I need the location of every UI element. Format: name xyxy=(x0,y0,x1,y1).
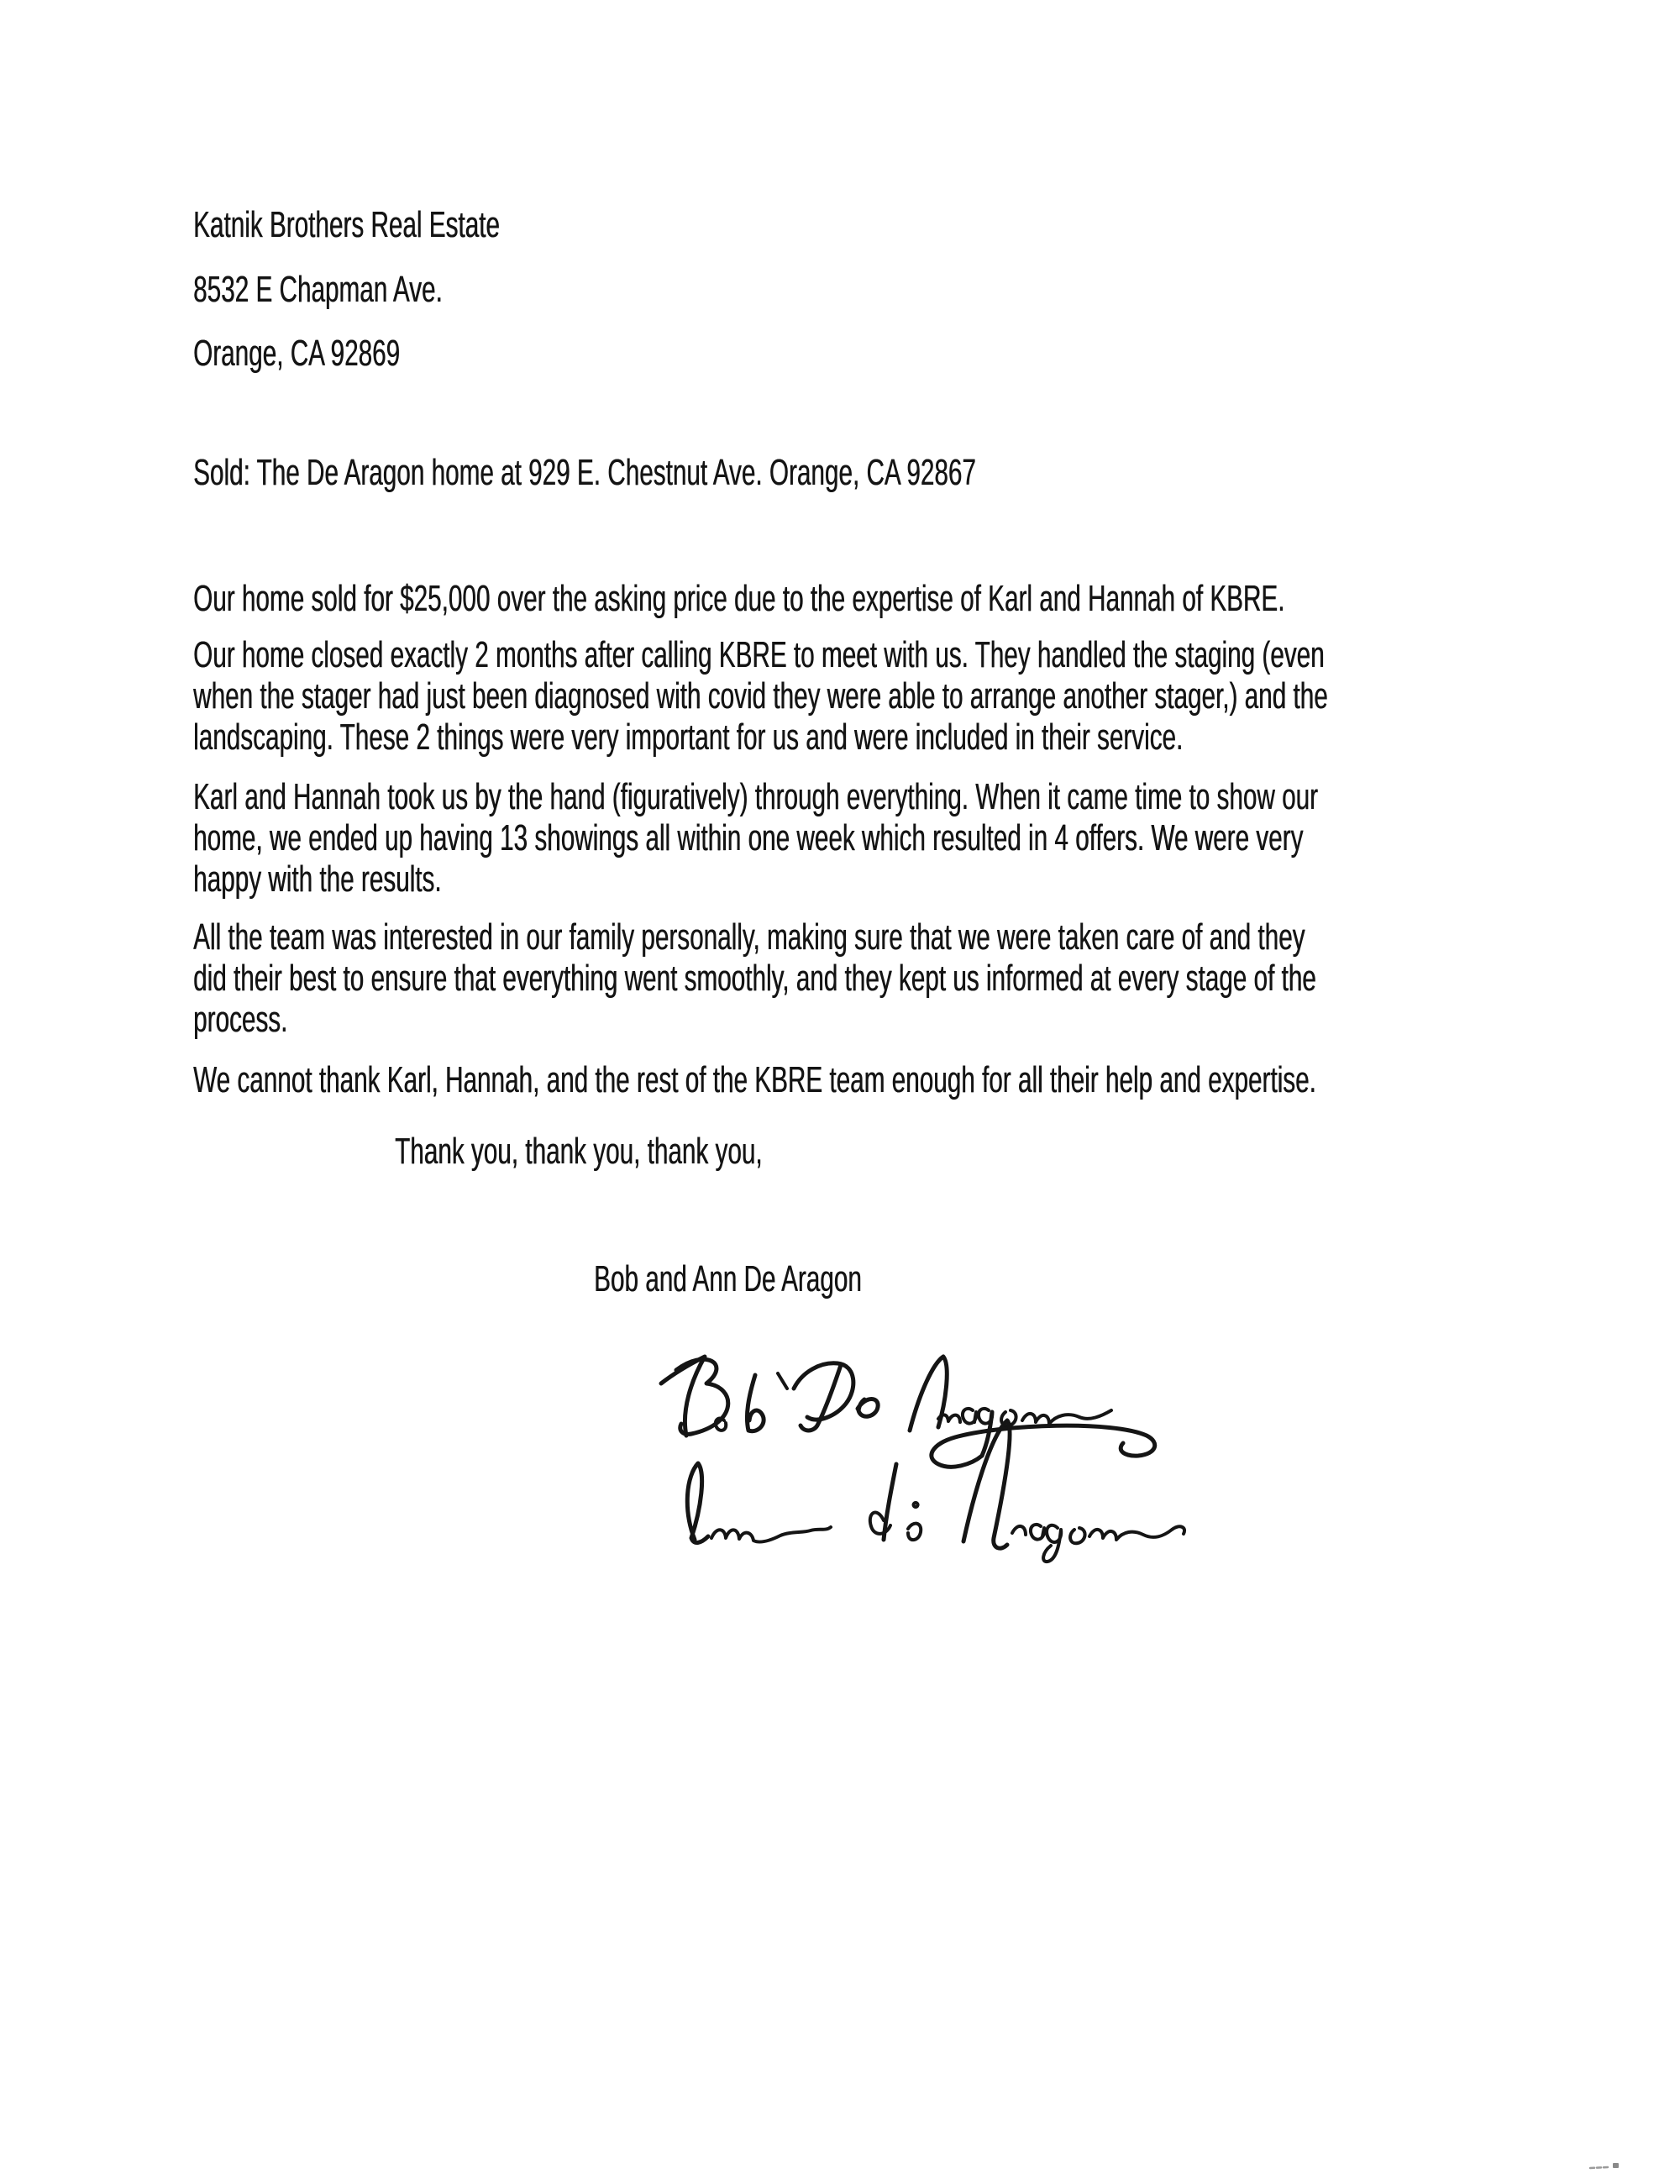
signature-bob-de-aragon xyxy=(661,1357,1155,1467)
subject-line: Sold: The De Aragon home at 929 E. Chest… xyxy=(193,452,976,493)
letter-page: Katnik Brothers Real Estate 8532 E Chapm… xyxy=(0,0,1680,2184)
handwritten-signature xyxy=(643,1331,1201,1575)
recipient-street: 8532 E Chapman Ave. xyxy=(193,269,443,310)
recipient-city: Orange, CA 92869 xyxy=(193,333,400,374)
typed-signature-names: Bob and Ann De Aragon xyxy=(594,1258,862,1299)
recipient-company: Katnik Brothers Real Estate xyxy=(193,204,500,245)
signature-ann-de-aragon xyxy=(687,1420,1184,1562)
closing-line: Thank you, thank you, thank you, xyxy=(395,1131,763,1172)
body-paragraph-2: Our home closed exactly 2 months after c… xyxy=(193,634,1328,758)
scan-artifact xyxy=(1588,2160,1623,2172)
body-paragraph-5: We cannot thank Karl, Hannah, and the re… xyxy=(193,1059,1316,1100)
body-paragraph-4: All the team was interested in our famil… xyxy=(193,916,1316,1040)
body-paragraph-1: Our home sold for $25,000 over the askin… xyxy=(193,578,1284,619)
body-paragraph-3: Karl and Hannah took us by the hand (fig… xyxy=(193,776,1318,900)
